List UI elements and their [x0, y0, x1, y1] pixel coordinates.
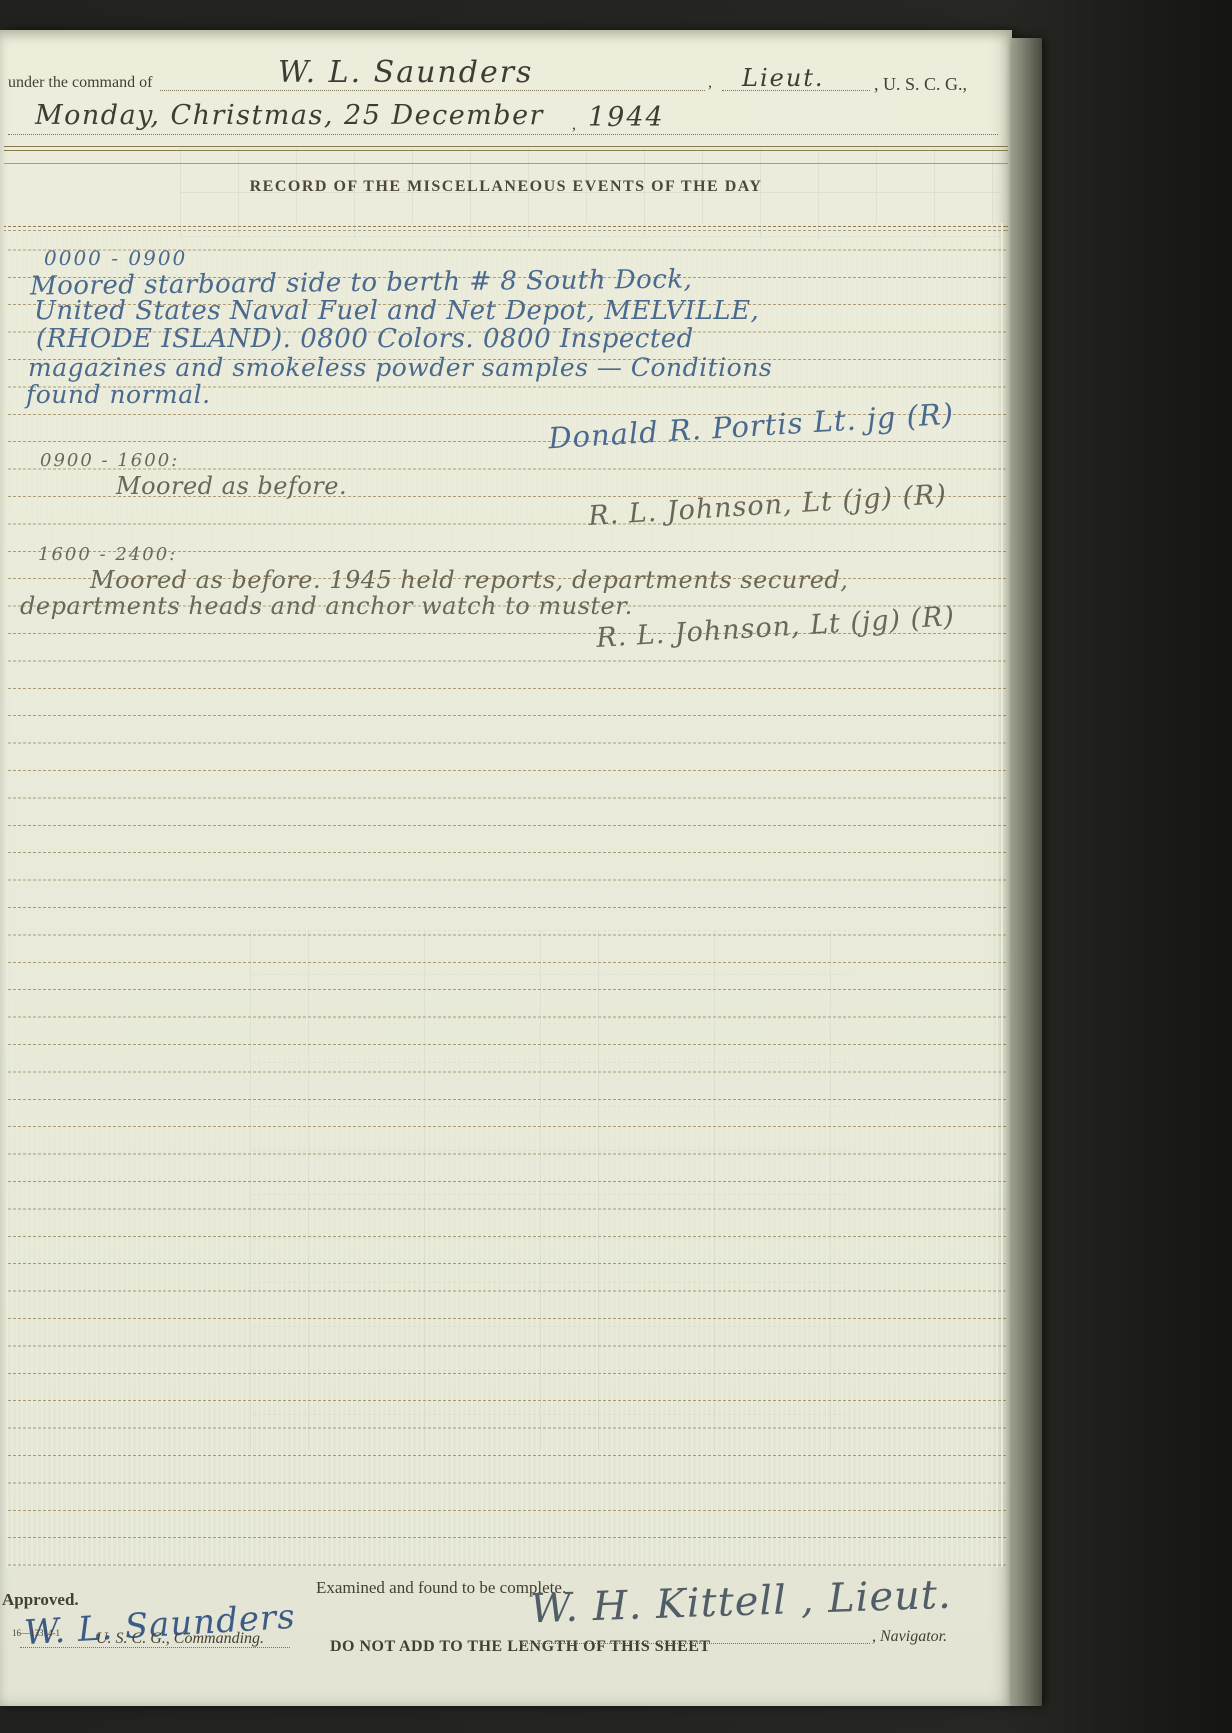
header-rule	[4, 163, 1008, 164]
comma: ,	[708, 74, 712, 92]
section-title: RECORD OF THE MISCELLANEOUS EVENTS OF TH…	[0, 178, 1012, 196]
entry-time: 1600 - 2400:	[38, 546, 177, 564]
header-rule	[4, 150, 1008, 151]
navigator-label: , Navigator.	[872, 1628, 947, 1646]
commanding-label: U. S. C. G., Commanding.	[96, 1630, 264, 1648]
commander-name: W. L. Saunders	[278, 58, 533, 88]
log-year: 1944	[588, 104, 665, 131]
do-not-add-label: DO NOT ADD TO THE LENGTH OF THIS SHEET	[330, 1638, 711, 1656]
date-comma: ,	[572, 116, 576, 134]
entry-time: 0900 - 1600:	[40, 452, 179, 470]
form-number: 16—13314-1	[12, 1628, 60, 1638]
entry-text-line: (RHODE ISLAND). 0800 Colors. 0800 Inspec…	[36, 326, 694, 352]
service-label: , U. S. C. G.,	[874, 74, 967, 95]
date-underline	[8, 133, 998, 135]
entry-text-line: departments heads and anchor watch to mu…	[20, 594, 633, 618]
page-stack-edge	[1012, 38, 1042, 1706]
log-sheet-page: under the command of W. L. Saunders , Li…	[0, 30, 1012, 1706]
entry-time: 0000 - 0900	[44, 248, 187, 268]
entry-text-line: found normal.	[26, 382, 211, 407]
navigator-underline	[520, 1642, 870, 1644]
entry-text-line: Moored as before. 1945 held reports, dep…	[90, 568, 848, 592]
entry-text-line: Moored as before.	[116, 474, 347, 498]
navigator-signature: W. H. Kittell , Lieut.	[529, 1575, 952, 1630]
header-rule	[4, 146, 1008, 147]
entry-text-line: United States Naval Fuel and Net Depot, …	[34, 298, 759, 324]
entry-text-line: Moored starboard side to berth # 8 South…	[30, 267, 693, 300]
commander-rank: Lieut.	[742, 66, 825, 90]
entry-text-line: magazines and smokeless powder samples —…	[28, 355, 772, 380]
log-date: Monday, Christmas, 25 December	[35, 102, 544, 129]
command-prefix-label: under the command of	[8, 74, 152, 92]
approved-label: Approved.	[2, 1590, 79, 1610]
